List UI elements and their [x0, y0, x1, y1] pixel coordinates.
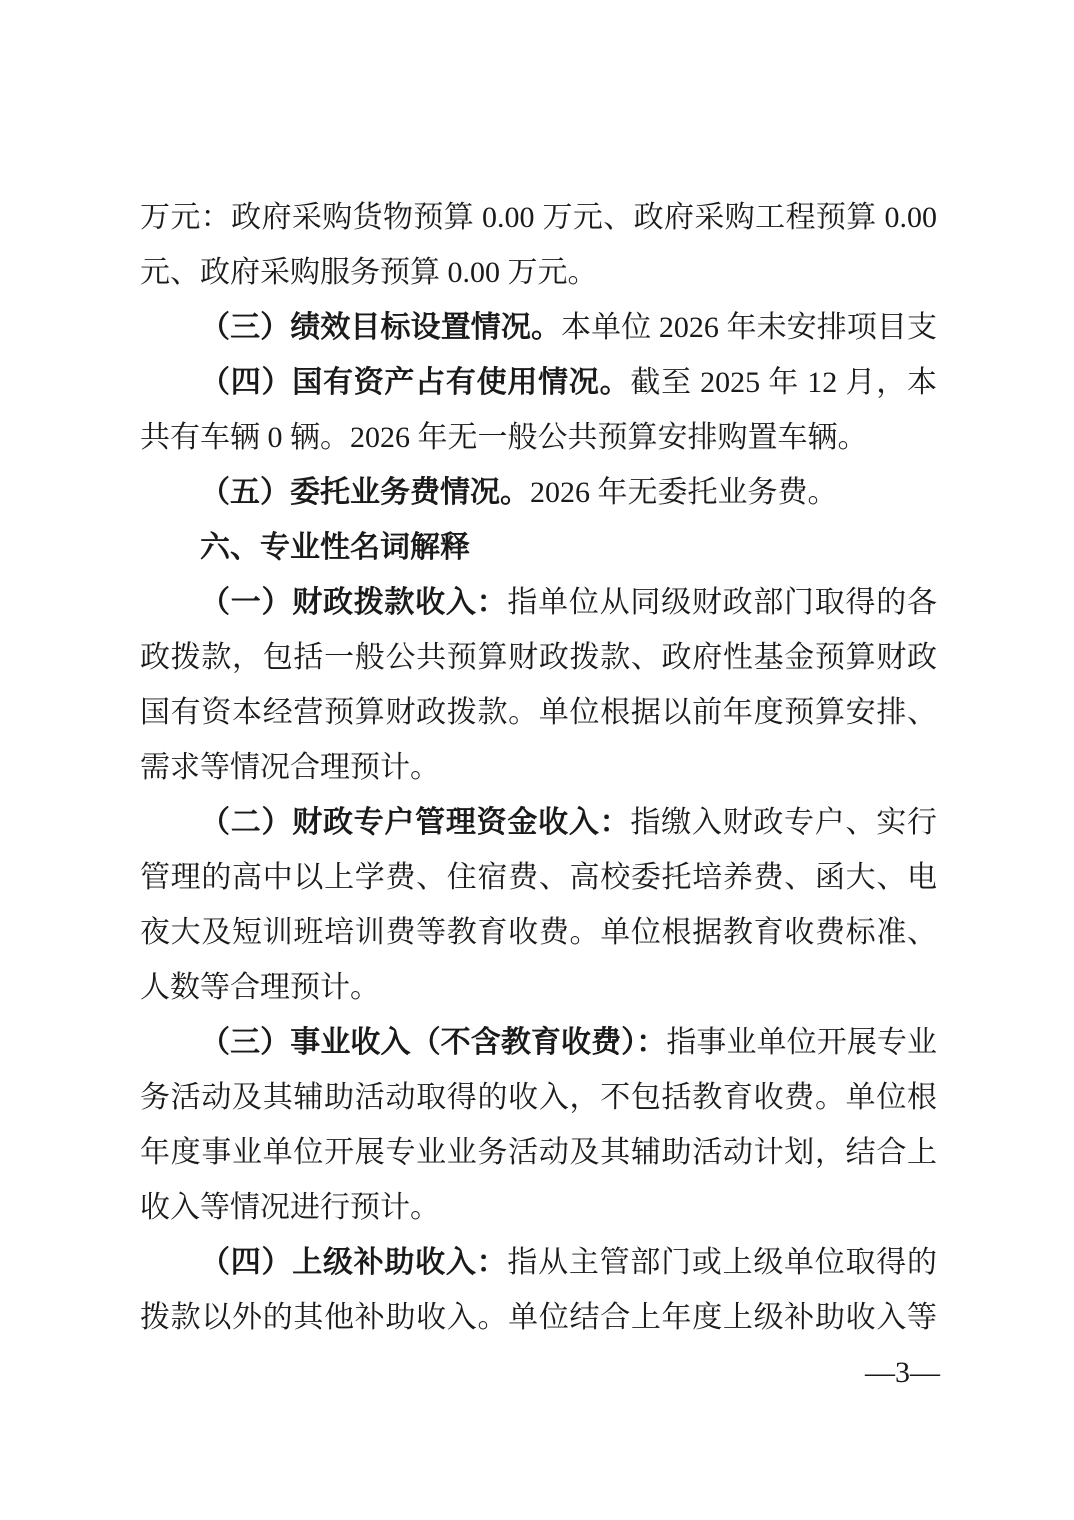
section-heading-text: 六、专业性名词解释	[200, 531, 470, 564]
term-label: （二）财政专户管理资金收入：	[200, 806, 630, 839]
body-text: 元、政府采购服务预算 0.00 万元。	[140, 256, 598, 289]
body-text: 万元：政府采购货物预算 0.00 万元、政府采购工程预算 0.00 万	[140, 201, 937, 245]
term-label: （一）财政拨款收入：	[200, 586, 507, 619]
body-text: 夜大及短训班培训费等教育收费。单位根据教育收费标准、学生	[140, 916, 937, 960]
body-text: 务活动及其辅助活动取得的收入，不包括教育收费。单位根据本	[140, 1081, 937, 1125]
body-text: 需求等情况合理预计。	[140, 751, 440, 784]
term-label: （三）绩效目标设置情况。	[200, 311, 561, 344]
document-body: 万元：政府采购货物预算 0.00 万元、政府采购工程预算 0.00 万 元、政府…	[140, 190, 937, 1345]
page-number: —3—	[865, 1345, 940, 1400]
text-line: 元、政府采购服务预算 0.00 万元。	[140, 245, 937, 300]
text-line: 需求等情况合理预计。	[140, 740, 937, 795]
term-label: （四）上级补助收入：	[200, 1246, 507, 1279]
section-heading: 六、专业性名词解释	[140, 520, 937, 575]
text-line: 国有资本经营预算财政拨款。单位根据以前年度预算安排、项目	[140, 685, 937, 740]
text-line: 年度事业单位开展专业业务活动及其辅助活动计划，结合上年度	[140, 1125, 937, 1180]
document-page: 万元：政府采购货物预算 0.00 万元、政府采购工程预算 0.00 万 元、政府…	[0, 0, 1074, 1520]
text-line: 万元：政府采购货物预算 0.00 万元、政府采购工程预算 0.00 万	[140, 190, 937, 245]
text-line: 收入等情况进行预计。	[140, 1180, 937, 1235]
text-line: （三）事业收入（不含教育收费）：指事业单位开展专业业	[140, 1015, 937, 1070]
text-line: 夜大及短训班培训费等教育收费。单位根据教育收费标准、学生	[140, 905, 937, 960]
text-line: 人数等合理预计。	[140, 960, 937, 1015]
body-text: 拨款以外的其他补助收入。单位结合上年度上级补助收入等情况	[140, 1301, 937, 1345]
body-text: 年度事业单位开展专业业务活动及其辅助活动计划，结合上年度	[140, 1136, 937, 1180]
text-line: （三）绩效目标设置情况。本单位 2026 年未安排项目支出。	[140, 300, 937, 355]
body-text: 管理的高中以上学费、住宿费、高校委托培养费、函大、电大、	[140, 861, 937, 905]
text-line: （二）财政专户管理资金收入：指缴入财政专户、实行专项	[140, 795, 937, 850]
text-line: （四）上级补助收入：指从主管部门或上级单位取得的财政	[140, 1235, 937, 1290]
text-line: 管理的高中以上学费、住宿费、高校委托培养费、函大、电大、	[140, 850, 937, 905]
term-label: （五）委托业务费情况。	[200, 476, 530, 509]
body-text: 2026 年无委托业务费。	[530, 476, 838, 509]
body-text: 收入等情况进行预计。	[140, 1191, 440, 1224]
body-text: 国有资本经营预算财政拨款。单位根据以前年度预算安排、项目	[140, 696, 937, 740]
text-line: （一）财政拨款收入：指单位从同级财政部门取得的各类财	[140, 575, 937, 630]
term-label: （四）国有资产占有使用情况。	[200, 366, 630, 399]
body-text: 共有车辆 0 辆。2026 年无一般公共预算安排购置车辆。	[140, 421, 868, 454]
body-text: 政拨款，包括一般公共预算财政拨款、政府性基金预算财政拨款、	[140, 641, 937, 685]
body-text: 人数等合理预计。	[140, 971, 380, 1004]
text-line: （五）委托业务费情况。2026 年无委托业务费。	[140, 465, 937, 520]
text-line: 政拨款，包括一般公共预算财政拨款、政府性基金预算财政拨款、	[140, 630, 937, 685]
text-line: 拨款以外的其他补助收入。单位结合上年度上级补助收入等情况	[140, 1290, 937, 1345]
text-line: 共有车辆 0 辆。2026 年无一般公共预算安排购置车辆。	[140, 410, 937, 465]
term-label: （三）事业收入（不含教育收费）：	[200, 1026, 666, 1059]
text-line: 务活动及其辅助活动取得的收入，不包括教育收费。单位根据本	[140, 1070, 937, 1125]
text-line: （四）国有资产占有使用情况。截至 2025 年 12 月，本单位	[140, 355, 937, 410]
